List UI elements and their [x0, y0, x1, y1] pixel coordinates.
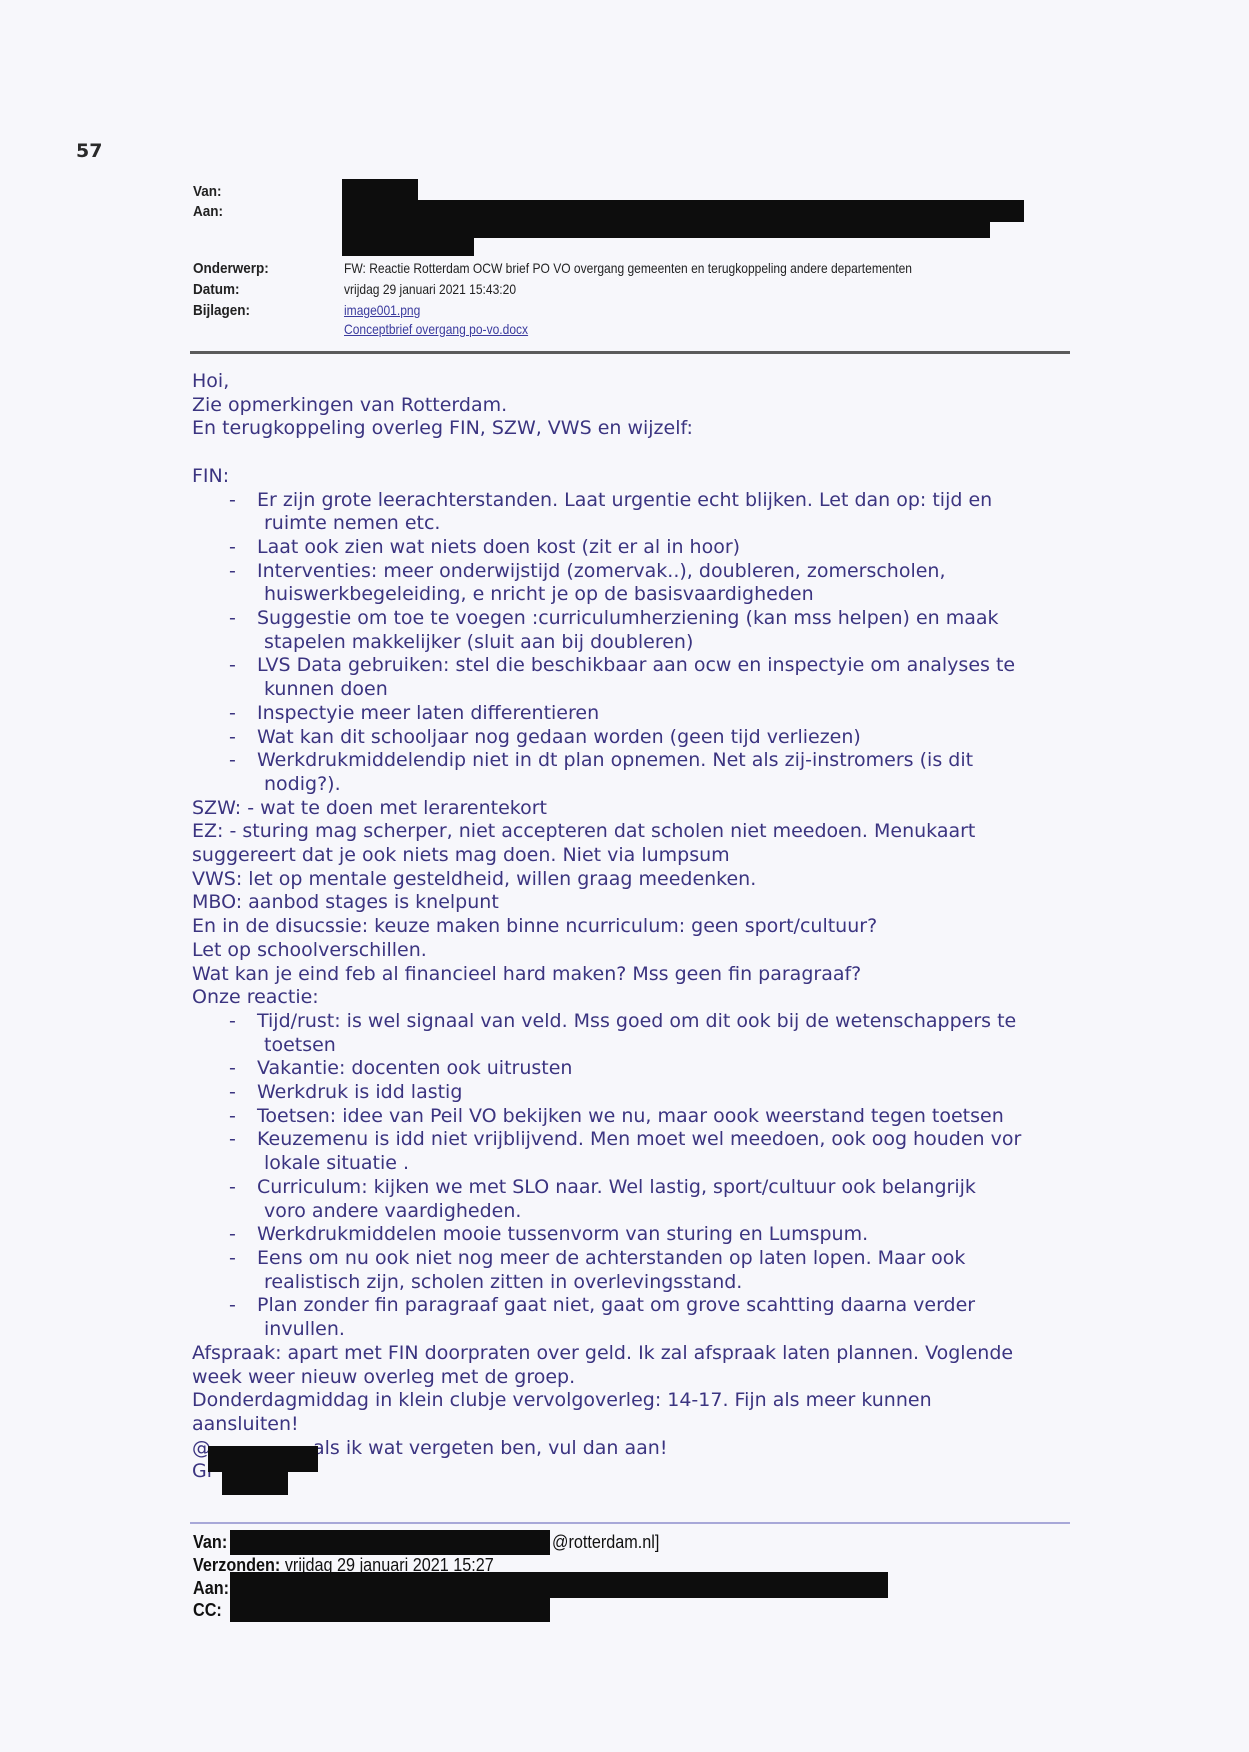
subject: FW: Reactie Rotterdam OCW brief PO VO ov… [344, 260, 912, 276]
redacted-to-3 [342, 236, 474, 256]
bullet-dash: - [229, 1223, 236, 1247]
bullet-dash: - [229, 749, 236, 773]
closing-lines: Afspraak: apart met FIN doorpraten over … [192, 1342, 1072, 1437]
list-item-text: huiswerkbegeleiding, e nricht je op de b… [257, 583, 1072, 607]
fwd-from-suffix: @rotterdam.nl] [552, 1532, 659, 1553]
redacted-to-1 [342, 200, 1024, 222]
body-line: MBO: aanbod stages is knelpunt [192, 891, 1072, 915]
list-item-text: kunnen doen [257, 678, 1072, 702]
list-item-text: stapelen makkelijker (sluit aan bij doub… [257, 631, 1072, 655]
list-item-text: Werkdrukmiddelen mooie tussenvorm van st… [257, 1223, 1072, 1247]
fwd-to-row: Aan: [193, 1578, 229, 1599]
body-line: Onze reactie: [192, 986, 1072, 1010]
list-item-text: nodig?). [257, 773, 1072, 797]
list-item-text: Keuzemenu is idd niet vrijblijvend. Men … [257, 1128, 1072, 1152]
redacted-fwd-from [230, 1530, 550, 1555]
redacted-from [342, 179, 418, 202]
body-line: suggereert dat je ook niets mag doen. Ni… [192, 844, 1072, 868]
bullet-dash: - [229, 1247, 236, 1271]
intro-line: En terugkoppeling overleg FIN, SZW, VWS … [192, 417, 1072, 441]
page-number: 57 [76, 140, 102, 162]
signoff-line: Gr [192, 1460, 1072, 1484]
list-item-text: Tijd/rust: is wel signaal van veld. Mss … [257, 1010, 1072, 1034]
fwd-cc-row: CC: [193, 1600, 222, 1621]
list-item: -Curriculum: kijken we met SLO naar. Wel… [192, 1176, 1072, 1223]
list-item-text: ruimte nemen etc. [257, 512, 1072, 536]
fin-list: -Er zijn grote leerachterstanden. Laat u… [192, 489, 1072, 797]
body-line: En in de disucssie: keuze maken binne nc… [192, 915, 1072, 939]
bullet-dash: - [229, 1081, 236, 1105]
list-item-text: Er zijn grote leerachterstanden. Laat ur… [257, 489, 1072, 513]
body-line: Let op schoolverschillen. [192, 939, 1072, 963]
intro-line: Zie opmerkingen van Rotterdam. [192, 394, 1072, 418]
list-item: -Er zijn grote leerachterstanden. Laat u… [192, 489, 1072, 536]
bullet-dash: - [229, 1057, 236, 1081]
list-item: -Laat ook zien wat niets doen kost (zit … [192, 536, 1072, 560]
header-divider [190, 351, 1070, 354]
email-body: Hoi, Zie opmerkingen van Rotterdam. En t… [192, 370, 1072, 1484]
discussion-lines: SZW: - wat te doen met lerarentekortEZ: … [192, 797, 1072, 1010]
list-item-text: Plan zonder fin paragraaf gaat niet, gaa… [257, 1294, 1072, 1318]
bullet-dash: - [229, 1128, 236, 1152]
list-item: -Plan zonder fin paragraaf gaat niet, ga… [192, 1294, 1072, 1341]
list-item: -Keuzemenu is idd niet vrijblijvend. Men… [192, 1128, 1072, 1175]
list-item-text: Interventies: meer onderwijstijd (zomerv… [257, 560, 1072, 584]
body-line: Donderdagmiddag in klein clubje vervolgo… [192, 1389, 1072, 1413]
from-label: Van: [193, 183, 222, 200]
list-item-text: realistisch zijn, scholen zitten in over… [257, 1271, 1072, 1295]
bullet-dash: - [229, 560, 236, 584]
list-item-text: Wat kan dit schooljaar nog gedaan worden… [257, 726, 1072, 750]
fwd-from-label: Van: [193, 1532, 227, 1552]
bullet-dash: - [229, 607, 236, 631]
list-item: -Tijd/rust: is wel signaal van veld. Mss… [192, 1010, 1072, 1057]
forward-divider [190, 1522, 1070, 1524]
list-item: -Suggestie om toe te voegen :curriculumh… [192, 607, 1072, 654]
list-item-text: Toetsen: idee van Peil VO bekijken we nu… [257, 1105, 1072, 1129]
to-label: Aan: [193, 203, 223, 220]
attachment-link-image[interactable]: image001.png [344, 302, 420, 318]
list-item: -Vakantie: docenten ook uitrusten [192, 1057, 1072, 1081]
bullet-dash: - [229, 1105, 236, 1129]
body-line: Afspraak: apart met FIN doorpraten over … [192, 1342, 1072, 1366]
list-item-text: Vakantie: docenten ook uitrusten [257, 1057, 1072, 1081]
greeting: Hoi, [192, 370, 1072, 394]
list-item: -Toetsen: idee van Peil VO bekijken we n… [192, 1105, 1072, 1129]
list-item-text: LVS Data gebruiken: stel die beschikbaar… [257, 654, 1072, 678]
list-item-text: lokale situatie . [257, 1152, 1072, 1176]
bullet-dash: - [229, 726, 236, 750]
list-item-text: Eens om nu ook niet nog meer de achterst… [257, 1247, 1072, 1271]
fwd-to-label: Aan: [193, 1578, 229, 1598]
list-item-text: voro andere vaardigheden. [257, 1200, 1072, 1224]
body-line: aansluiten! [192, 1413, 1072, 1437]
section-fin-label: FIN: [192, 465, 1072, 489]
list-item-text: Suggestie om toe te voegen :curriculumhe… [257, 607, 1072, 631]
list-item: -Wat kan dit schooljaar nog gedaan worde… [192, 726, 1072, 750]
list-item: -Interventies: meer onderwijstijd (zomer… [192, 560, 1072, 607]
list-item-text: toetsen [257, 1034, 1072, 1058]
bullet-dash: - [229, 1294, 236, 1318]
bullet-dash: - [229, 1176, 236, 1200]
body-line: week weer nieuw overleg met de groep. [192, 1366, 1072, 1390]
fwd-cc-label: CC: [193, 1600, 222, 1620]
list-item: -Eens om nu ook niet nog meer de achters… [192, 1247, 1072, 1294]
bullet-dash: - [229, 1010, 236, 1034]
date: vrijdag 29 januari 2021 15:43:20 [344, 281, 516, 297]
list-item-text: invullen. [257, 1318, 1072, 1342]
list-item: -Werkdrukmiddelendip niet in dt plan opn… [192, 749, 1072, 796]
redacted-fwd-to [230, 1572, 888, 1598]
list-item-text: Curriculum: kijken we met SLO naar. Wel … [257, 1176, 1072, 1200]
body-line: Wat kan je eind feb al financieel hard m… [192, 963, 1072, 987]
redacted-signature [222, 1468, 288, 1495]
body-line: EZ: - sturing mag scherper, niet accepte… [192, 820, 1072, 844]
attachments-label: Bijlagen: [193, 302, 250, 319]
bullet-dash: - [229, 702, 236, 726]
list-item-text: Laat ook zien wat niets doen kost (zit e… [257, 536, 1072, 560]
list-item: -Inspectyie meer laten differentieren [192, 702, 1072, 726]
bullet-dash: - [229, 489, 236, 513]
redacted-fwd-cc [230, 1596, 550, 1622]
subject-label: Onderwerp: [193, 260, 269, 277]
body-line: VWS: let op mentale gesteldheid, willen … [192, 868, 1072, 892]
list-item: -Werkdruk is idd lastig [192, 1081, 1072, 1105]
body-line: SZW: - wat te doen met lerarentekort [192, 797, 1072, 821]
mention-text: als ik wat vergeten ben, vul dan aan! [313, 1437, 667, 1459]
list-item: -LVS Data gebruiken: stel die beschikbaa… [192, 654, 1072, 701]
attachment-link-docx[interactable]: Conceptbrief overgang po-vo.docx [344, 321, 528, 337]
list-item: -Werkdrukmiddelen mooie tussenvorm van s… [192, 1223, 1072, 1247]
mention-line: @als ik wat vergeten ben, vul dan aan! [192, 1437, 1072, 1461]
list-item-text: Inspectyie meer laten differentieren [257, 702, 1072, 726]
date-label: Datum: [193, 281, 240, 298]
bullet-dash: - [229, 536, 236, 560]
fwd-from-row: Van: [193, 1532, 227, 1553]
list-item-text: Werkdrukmiddelendip niet in dt plan opne… [257, 749, 1072, 773]
bullet-dash: - [229, 654, 236, 678]
list-item-text: Werkdruk is idd lastig [257, 1081, 1072, 1105]
reaction-list: -Tijd/rust: is wel signaal van veld. Mss… [192, 1010, 1072, 1342]
